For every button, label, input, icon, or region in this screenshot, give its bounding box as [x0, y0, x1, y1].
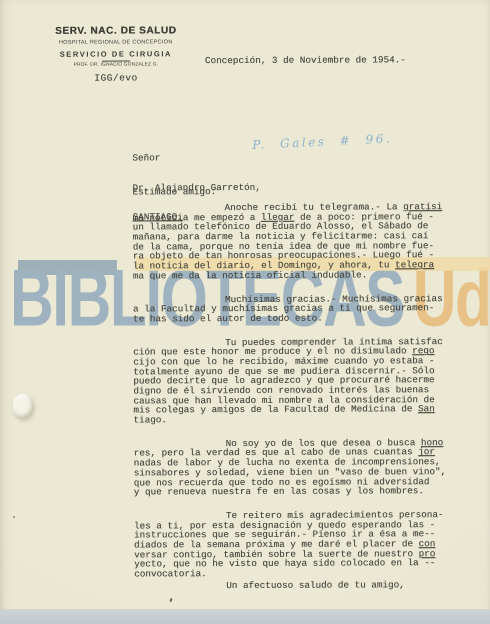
paragraph: Te reitero mis agradecimientos persona-l…: [134, 510, 468, 579]
paragraph: No soy yo de los que desea o busca honor…: [134, 438, 468, 498]
paragraph: Tu puedes comprender la íntima satisfacc…: [133, 337, 467, 426]
salutation: Estimado amigo:: [132, 186, 216, 197]
letterhead-rule: [102, 60, 130, 61]
recipient-prefix: Señor: [132, 153, 260, 163]
date-line: Concepción, 3 de Noviembre de 1954.-: [205, 54, 406, 66]
scanner-edge-strip: [0, 609, 490, 624]
letter-content: SERV. NAC. DE SALUD HOSPITAL REGIONAL DE…: [0, 0, 490, 624]
letterhead-chief: PROF. DR. IGNACIO GONZALEZ G.: [35, 62, 197, 68]
closing-line: Un afectuoso saludo de tu amigo,: [134, 579, 468, 591]
letterhead-initials: IGG/evo: [35, 72, 197, 84]
paragraph: Anoche recibí tu telegrama.- La gratísim…: [133, 202, 467, 281]
letterhead-hospital: HOSPITAL REGIONAL DE CONCEPCION: [35, 39, 197, 46]
letter-page: BIBLIOTECASUdeC SERV. NAC. DE SALUD HOSP…: [0, 0, 490, 624]
paragraph: Muchísimas gracias.- Muchísimas graciasa…: [133, 294, 467, 325]
letterhead: SERV. NAC. DE SALUD HOSPITAL REGIONAL DE…: [35, 25, 197, 84]
dust-speck: [13, 516, 15, 518]
handwritten-annotation: P. Gales # 96.: [252, 131, 392, 152]
letter-body: Anoche recibí tu telegrama.- La gratísim…: [133, 202, 469, 593]
letterhead-department: SERVICIO DE CIRUGIA: [35, 49, 197, 59]
letterhead-service: SERV. NAC. DE SALUD: [35, 25, 197, 37]
